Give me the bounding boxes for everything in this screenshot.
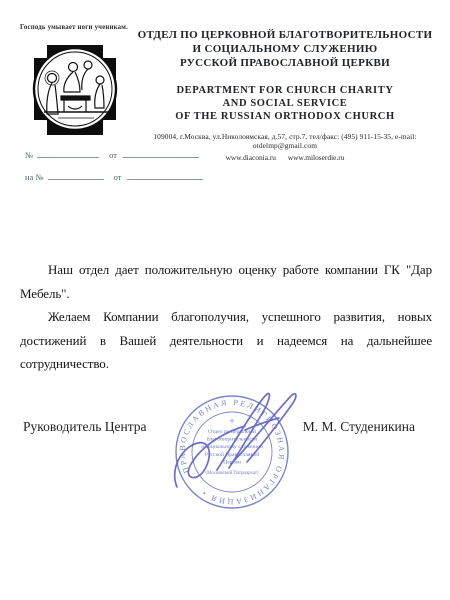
reply-ref-blank (48, 170, 104, 180)
ref-number-label: № (25, 150, 33, 160)
website-link: www.miloserdie.ru (288, 153, 345, 162)
outgoing-ref-line: №от (25, 148, 203, 160)
feet-washing-emblem-icon (28, 40, 122, 145)
letter-body: Наш отдел дает положительную оценку рабо… (20, 258, 432, 376)
official-round-stamp: ПРАВОСЛАВНАЯ РЕЛИГИОЗНАЯ ОРГАНИЗАЦИЯ • ✛… (176, 396, 288, 508)
stamp-center-line: благотворительности (207, 436, 258, 443)
reference-block: №от на №от (25, 148, 203, 192)
incoming-ref-line: на №от (25, 170, 203, 182)
stamp-center-line: (Московский Патриархат) (205, 471, 258, 476)
svg-text:✛: ✛ (229, 418, 234, 425)
org-en-line: OF THE RUSSIAN ORTHODOX CHURCH (132, 110, 438, 123)
org-name-en: DEPARTMENT FOR CHURCH CHARITY AND SOCIAL… (132, 84, 438, 123)
org-en-line: DEPARTMENT FOR CHURCH CHARITY (132, 84, 438, 97)
letter-document: Господь умывает ноги ученикам. (0, 0, 450, 600)
org-ru-line: И СОЦИАЛЬНОМУ СЛУЖЕНИЮ (132, 42, 438, 56)
body-paragraph: Желаем Компании благополучия, успешного … (20, 305, 432, 376)
org-ru-line: ОТДЕЛ ПО ЦЕРКОВНОЙ БЛАГОТВОРИТЕЛЬНОСТИ (132, 28, 438, 42)
emblem-motto: Господь умывает ноги ученикам. (20, 24, 140, 31)
body-paragraph: Наш отдел дает положительную оценку рабо… (20, 258, 432, 305)
signer-name: М. М. Студеникина (303, 419, 415, 435)
org-en-line: AND SOCIAL SERVICE (132, 97, 438, 110)
org-ru-line: РУССКОЙ ПРАВОСЛАВНОЙ ЦЕРКВИ (132, 56, 438, 70)
org-name-ru: ОТДЕЛ ПО ЦЕРКОВНОЙ БЛАГОТВОРИТЕЛЬНОСТИ И… (132, 28, 438, 70)
reply-ref-label: на № (25, 172, 44, 182)
ref-date-label: от (109, 150, 117, 160)
ref-number-blank (37, 148, 99, 158)
ref-date-blank (123, 148, 199, 158)
signer-position: Руководитель Центра (23, 419, 147, 435)
website-link: www.diaconia.ru (226, 153, 276, 162)
reply-date-label: от (114, 172, 122, 182)
letterhead-block: ОТДЕЛ ПО ЦЕРКОВНОЙ БЛАГОТВОРИТЕЛЬНОСТИ И… (132, 28, 438, 162)
reply-date-blank (127, 170, 203, 180)
stamp-and-signature: ПРАВОСЛАВНАЯ РЕЛИГИОЗНАЯ ОРГАНИЗАЦИЯ • ✛… (157, 377, 307, 527)
